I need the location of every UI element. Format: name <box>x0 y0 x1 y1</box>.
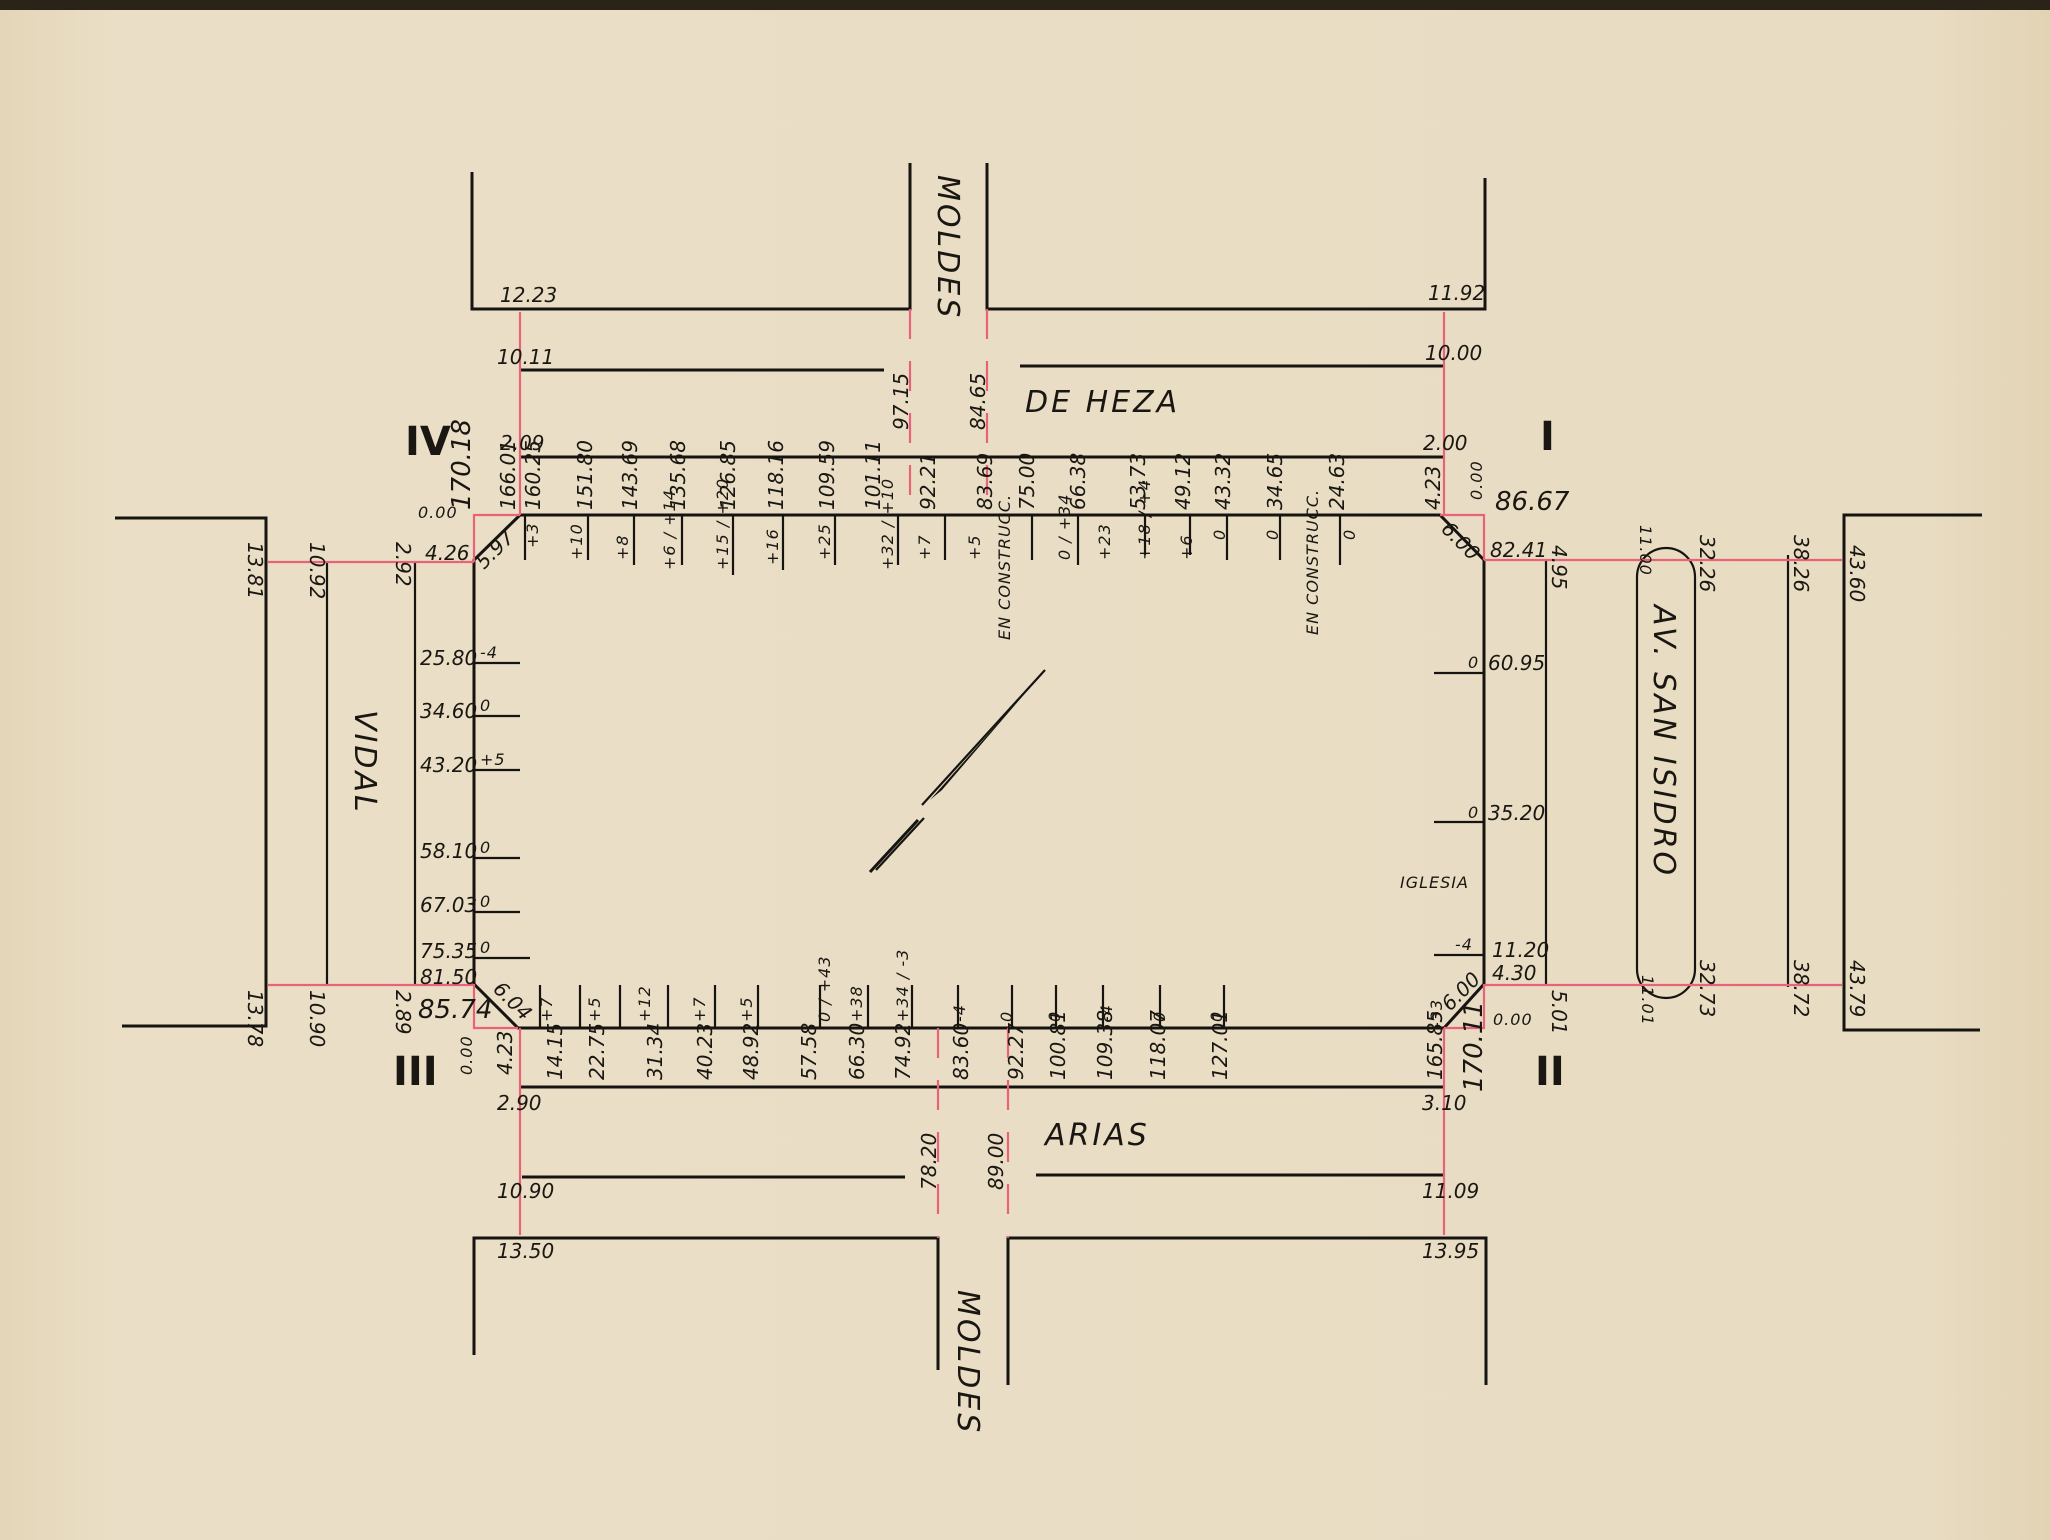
svg-text:+6: +6 <box>1177 534 1196 560</box>
right-station-levels: 0 0 -4 <box>1455 653 1479 954</box>
svg-text:151.80: 151.80 <box>573 440 597 510</box>
svg-text:24.63: 24.63 <box>1325 453 1349 510</box>
svg-text:0: 0 <box>480 892 491 911</box>
svg-text:+34 / -3: +34 / -3 <box>893 949 912 1022</box>
width-label: 43.79 <box>1845 960 1869 1017</box>
corner-start: 4.23 <box>493 1030 517 1075</box>
offset-label: 11.09 <box>1422 1179 1479 1203</box>
svg-text:0: 0 <box>1150 1011 1169 1022</box>
svg-text:-4: -4 <box>1455 935 1473 954</box>
svg-text:+18 / +4: +18 / +4 <box>1135 479 1154 560</box>
width-label: 82.41 <box>1490 538 1547 562</box>
svg-text:75.35: 75.35 <box>420 939 477 963</box>
cross-street-bottom: MOLDES <box>950 1290 985 1435</box>
offset-label: 13.50 <box>497 1239 554 1263</box>
corner-total: 170.18 <box>447 419 477 510</box>
svg-text:+23: +23 <box>1095 523 1114 560</box>
width-label: 10.90 <box>305 990 329 1047</box>
svg-text:109.59: 109.59 <box>815 440 839 510</box>
corner-total: 86.67 <box>1495 487 1570 517</box>
offset-label: 13.95 <box>1422 1239 1479 1263</box>
width-label: 38.72 <box>1789 960 1813 1017</box>
width-label: 38.26 <box>1789 535 1813 592</box>
corner-end: 4.23 <box>1421 465 1445 510</box>
width-label: 10.92 <box>305 542 329 599</box>
offset-label: 10.90 <box>497 1179 554 1203</box>
svg-text:92.21: 92.21 <box>916 453 940 510</box>
block-survey-diagram: DE HEZA ARIAS VIDAL AV. SAN ISIDRO MOLDE… <box>0 0 2050 1540</box>
svg-text:+12: +12 <box>635 985 654 1022</box>
corner-start: 166.01 <box>496 440 520 510</box>
cross-street-top: MOLDES <box>930 175 965 320</box>
svg-text:160.25: 160.25 <box>521 440 545 510</box>
offset-label: 10.11 <box>497 345 554 369</box>
street-name-top: DE HEZA <box>1025 385 1180 420</box>
axis-label: 84.65 <box>966 373 990 430</box>
north-arrow-icon <box>870 670 1045 872</box>
bottom-station-levels: +7 +5 +12 +7 +5 0 / +43 +38 +34 / -3 -4 … <box>537 949 1226 1022</box>
svg-text:+15 / +20: +15 / +20 <box>713 478 732 570</box>
offset-label: 11.92 <box>1428 281 1485 305</box>
corner-total: 85.74 <box>418 995 492 1025</box>
left-station-levels: -4 0 +5 0 0 0 <box>480 643 506 957</box>
offset-label: 2.00 <box>1423 431 1468 455</box>
svg-text:0: 0 <box>1210 529 1229 540</box>
offset-label: 12.23 <box>500 283 557 307</box>
svg-text:74.92: 74.92 <box>891 1023 915 1080</box>
svg-text:83.60: 83.60 <box>949 1023 973 1080</box>
chamfer-label: 6.00 <box>1436 517 1484 565</box>
under-construction-note-2: EN CONSTRUCC. <box>1303 489 1322 635</box>
corner-zero: 0.00 <box>1493 1010 1533 1029</box>
svg-text:+5: +5 <box>585 996 604 1022</box>
svg-text:25.80: 25.80 <box>420 646 477 670</box>
svg-text:34.60: 34.60 <box>420 699 477 723</box>
svg-text:81.50: 81.50 <box>420 965 477 989</box>
svg-text:0: 0 <box>480 838 491 857</box>
under-construction-note-1: EN CONSTRUCC. <box>995 494 1014 640</box>
svg-text:+6 / +14: +6 / +14 <box>660 489 679 570</box>
axis-label: 89.00 <box>984 1133 1008 1190</box>
svg-text:0: 0 <box>480 696 491 715</box>
svg-text:31.34: 31.34 <box>643 1023 667 1080</box>
svg-text:0: 0 <box>1207 1011 1226 1022</box>
svg-text:+5: +5 <box>480 750 506 769</box>
svg-text:+7: +7 <box>537 996 556 1022</box>
offset-label: 3.10 <box>1422 1091 1467 1115</box>
width-label: 13.78 <box>243 990 267 1047</box>
width-label: 5.01 <box>1547 990 1571 1035</box>
width-label: 43.60 <box>1845 545 1869 602</box>
svg-text:14.15: 14.15 <box>543 1023 567 1080</box>
corner-label-iv: IV <box>405 419 451 465</box>
svg-text:67.03: 67.03 <box>420 893 477 917</box>
chamfer-label: 6.04 <box>488 977 536 1025</box>
corner-zero: 0.00 <box>418 503 458 522</box>
right-station-distances: 60.95 35.20 11.20 <box>1488 651 1549 962</box>
svg-text:48.92: 48.92 <box>739 1023 763 1080</box>
corner-zero: 0.00 <box>1467 460 1486 500</box>
svg-text:58.10: 58.10 <box>420 839 477 863</box>
street-name-left: VIDAL <box>347 710 382 815</box>
corner-label-iii: III <box>393 1049 438 1095</box>
svg-text:+10: +10 <box>567 523 586 560</box>
svg-text:0 / +34: 0 / +34 <box>1055 493 1074 560</box>
svg-text:-4: -4 <box>480 643 498 662</box>
offset-label: 2.90 <box>497 1091 542 1115</box>
offset-label: 10.00 <box>1425 341 1482 365</box>
left-station-distances: 25.80 34.60 43.20 58.10 67.03 75.35 81.5… <box>420 646 477 989</box>
svg-text:49.12: 49.12 <box>1171 453 1195 510</box>
svg-text:+3: +3 <box>523 522 542 548</box>
svg-text:-4: -4 <box>1097 1004 1116 1022</box>
svg-text:40.23: 40.23 <box>693 1023 717 1080</box>
building-lines <box>115 163 1982 1385</box>
svg-text:+16: +16 <box>763 528 782 565</box>
width-label: 4.26 <box>425 541 470 565</box>
survey-sheet: DE HEZA ARIAS VIDAL AV. SAN ISIDRO MOLDE… <box>0 0 2050 1540</box>
svg-text:+38: +38 <box>847 985 866 1022</box>
svg-text:+8: +8 <box>613 534 632 560</box>
svg-text:0: 0 <box>1468 803 1479 822</box>
width-label: 32.73 <box>1695 960 1719 1017</box>
corner-label-i: I <box>1540 414 1555 460</box>
corner-level: -33 <box>1427 999 1446 1028</box>
width-label: 32.26 <box>1695 535 1719 592</box>
church-label: IGLESIA <box>1400 873 1469 892</box>
svg-text:66.30: 66.30 <box>845 1023 869 1080</box>
svg-text:+7: +7 <box>915 534 934 560</box>
svg-text:+32 / +10: +32 / +10 <box>878 478 897 570</box>
svg-text:+7: +7 <box>690 996 709 1022</box>
svg-text:35.20: 35.20 <box>1488 801 1545 825</box>
svg-text:0: 0 <box>997 1011 1016 1022</box>
chamfer-label: 5.97 <box>471 525 520 574</box>
axis-label: 97.15 <box>889 373 913 430</box>
svg-text:34.65: 34.65 <box>1263 453 1287 510</box>
width-label: 4.30 <box>1492 961 1537 985</box>
corner-label-ii: II <box>1535 1049 1565 1095</box>
side-station-ticks <box>474 663 1484 958</box>
svg-text:92.27: 92.27 <box>1004 1022 1028 1080</box>
street-name-right: AV. SAN ISIDRO <box>1646 603 1681 878</box>
top-station-distances: 160.25 151.80 143.69 135.68 126.85 118.1… <box>521 440 1349 510</box>
svg-text:+25: +25 <box>815 523 834 560</box>
axis-label: 78.20 <box>917 1133 941 1190</box>
svg-text:22.75: 22.75 <box>585 1023 609 1080</box>
block-perimeter <box>474 515 1484 1028</box>
corner-zero: 0.00 <box>457 1035 476 1075</box>
width-label: 11.01 <box>1638 975 1657 1026</box>
svg-text:0: 0 <box>1340 529 1359 540</box>
svg-text:83.69: 83.69 <box>973 453 997 510</box>
svg-text:+5: +5 <box>737 996 756 1022</box>
width-label: 4.95 <box>1547 545 1571 590</box>
svg-text:43.20: 43.20 <box>420 753 477 777</box>
svg-text:0 / +43: 0 / +43 <box>815 955 834 1022</box>
svg-text:0: 0 <box>1045 1011 1064 1022</box>
width-label: 11.00 <box>1636 525 1655 576</box>
svg-text:0: 0 <box>1263 529 1282 540</box>
svg-text:0: 0 <box>1468 653 1479 672</box>
svg-text:-4: -4 <box>950 1004 969 1022</box>
svg-text:60.95: 60.95 <box>1488 651 1545 675</box>
svg-text:118.16: 118.16 <box>764 440 788 510</box>
svg-text:57.58: 57.58 <box>797 1023 821 1080</box>
width-label: 2.92 <box>391 542 415 587</box>
width-label: 13.81 <box>243 542 267 599</box>
width-label: 2.89 <box>391 990 415 1035</box>
street-name-bottom: ARIAS <box>1043 1118 1150 1153</box>
svg-text:0: 0 <box>480 938 491 957</box>
svg-text:11.20: 11.20 <box>1492 938 1549 962</box>
corner-total: 170.11 <box>1459 1001 1489 1092</box>
svg-text:+5: +5 <box>965 534 984 560</box>
svg-text:43.32: 43.32 <box>1211 453 1235 510</box>
svg-text:143.69: 143.69 <box>618 440 642 510</box>
svg-text:75.00: 75.00 <box>1015 453 1039 510</box>
